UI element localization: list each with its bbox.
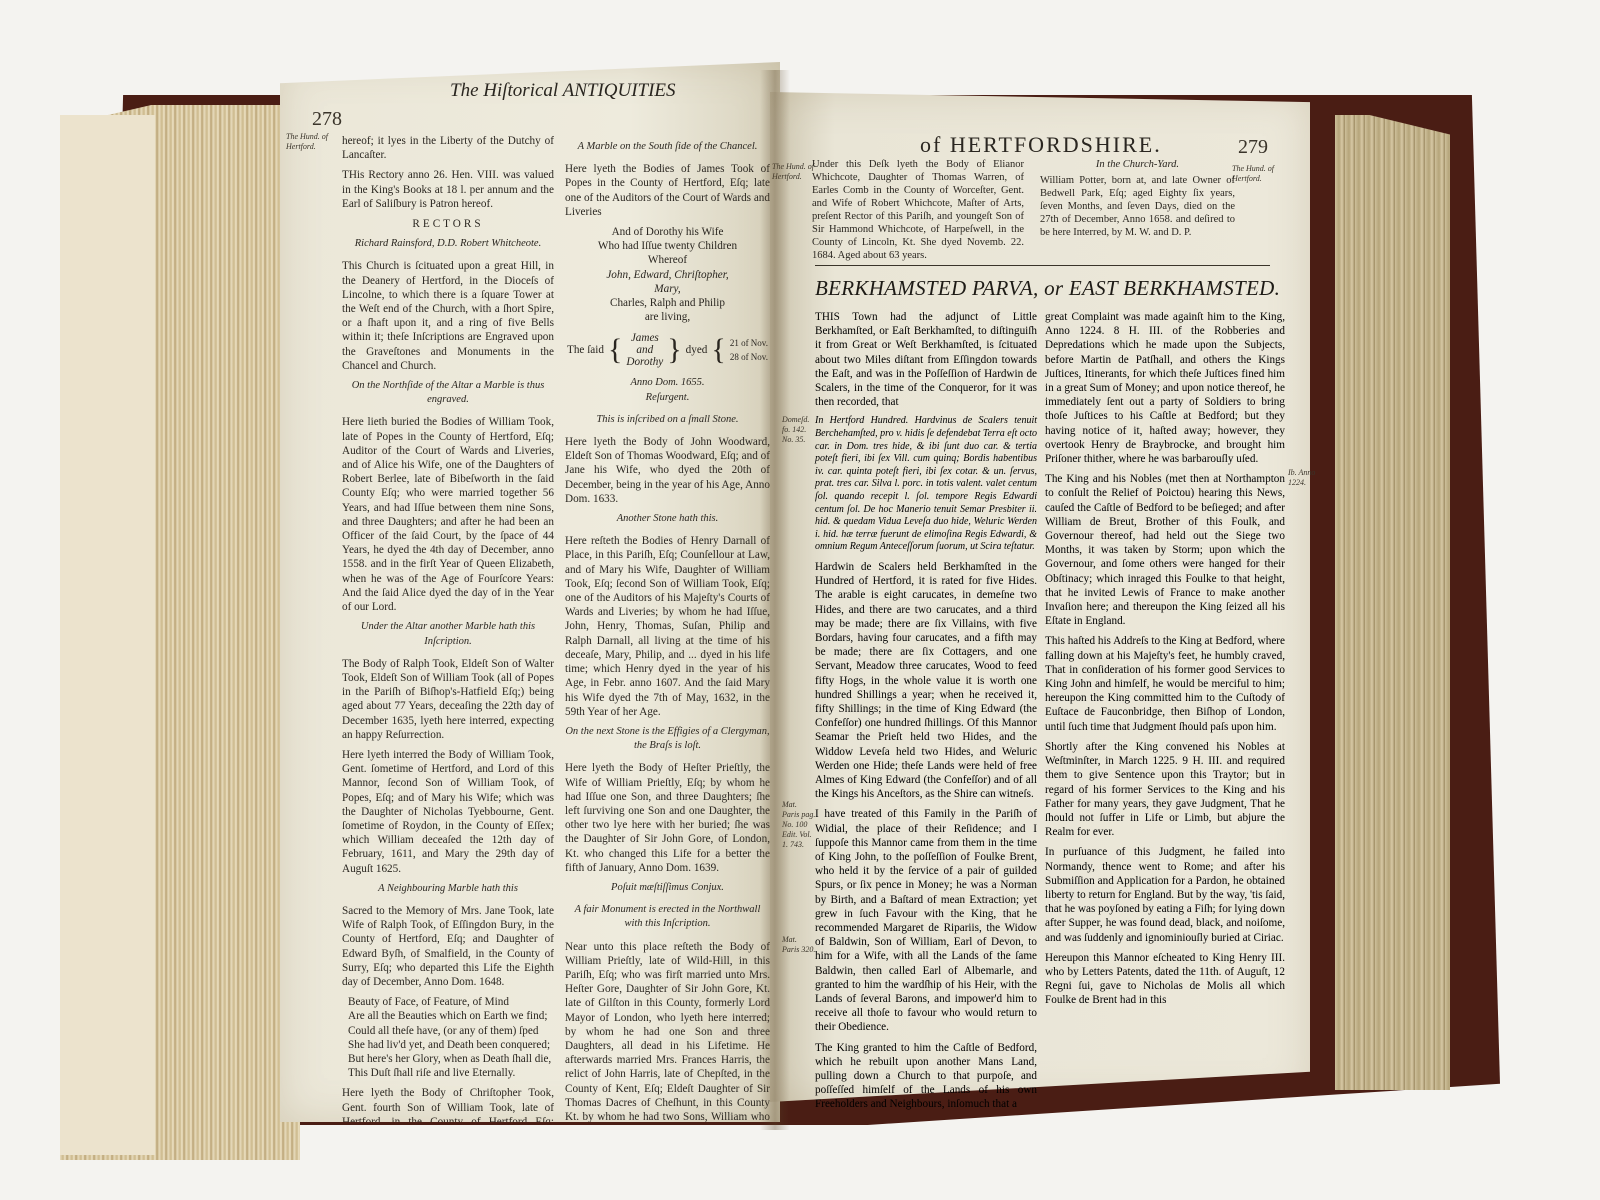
paragraph: This Church is ſcituated upon a great Hi…	[342, 259, 554, 373]
section-title: BERKHAMSTED PARVA, or EAST BERKHAMSTED.	[815, 276, 1295, 301]
left-flyleaf-edge	[60, 115, 155, 1155]
margin-note-hundred-right: The Hund. of Hertford.	[1232, 164, 1280, 184]
paragraph: Sacred to the Memory of Mrs. Jane Took, …	[342, 904, 554, 989]
poem-line: Could all theſe have, (or any of them) ſ…	[348, 1024, 554, 1038]
name: Dorothy	[626, 356, 663, 368]
brace-label: The ſaid	[567, 343, 604, 357]
whichcote-epitaph: Under this Deſk lyeth the Body of Eliano…	[812, 158, 1024, 262]
paragraph: Here lyeth the Body of Heſter Prieſtly, …	[565, 761, 770, 875]
page-number-left: 278	[312, 108, 342, 131]
poem-line: She had liv'd yet, and Death been conque…	[348, 1038, 554, 1052]
margin-note-hundred: The Hund. of Hertford.	[286, 132, 334, 152]
paragraph: Near unto this place reſteth the Body of…	[565, 940, 770, 1153]
paragraph: hereof; it lyes in the Liberty of the Du…	[342, 134, 554, 162]
running-head-left: The Hiſtorical ANTIQUITIES	[450, 80, 676, 102]
paragraph: I have treated of this Family in the Par…	[815, 807, 1037, 1034]
text-line: Whereof	[565, 253, 770, 267]
subheading: Another Stone hath this.	[565, 512, 770, 526]
domesday-latin: In Hertford Hundred. Hardvinus de Scaler…	[815, 415, 1037, 554]
paragraph: The King and his Nobles (met then at Nor…	[1045, 472, 1285, 628]
name: and	[636, 344, 653, 356]
paragraph: great Complaint was made againſt him to …	[1045, 310, 1285, 466]
paragraph: Hereupon this Mannor eſcheated to King H…	[1045, 951, 1285, 1008]
subheading: A Marble on the South ſide of the Chance…	[565, 140, 770, 154]
page-number-right: 279	[1238, 136, 1268, 159]
left-brace-icon: {	[711, 343, 725, 357]
right-page-block-edges	[1335, 115, 1450, 1090]
brace-verb: dyed	[686, 343, 708, 357]
name: James	[631, 332, 659, 344]
poem-line: Are all the Beauties which on Earth we f…	[348, 1009, 554, 1023]
right-brace-icon: }	[667, 343, 681, 357]
dorothy-lines: And of Dorothy his Wife Who had Iſſue tw…	[565, 225, 770, 324]
posuit: Poſuit mæſtiſſimus Conjux.	[565, 881, 770, 895]
anno: Anno Dom. 1655.	[565, 376, 770, 390]
side-note: Ib. Anno 1224.	[1288, 468, 1328, 488]
text-line: Mary,	[565, 282, 770, 296]
rectors-names: Richard Rainsford, D.D. Robert Whitcheot…	[342, 237, 554, 251]
poem-line: Beauty of Face, of Feature, of Mind	[348, 995, 554, 1009]
brace-names: James and Dorothy	[626, 332, 663, 368]
text-line: Who had Iſſue twenty Children	[565, 239, 770, 253]
catchword: Under	[565, 1181, 770, 1195]
text-line: Charles, Ralph and Philip	[565, 296, 770, 310]
paragraph: Here lyeth the Bodies of James Took of P…	[565, 162, 770, 219]
paragraph: THis Rectory anno 26. Hen. VIII. was val…	[342, 168, 554, 211]
paragraph: THIS Town had the adjunct of Little Berk…	[815, 310, 1037, 409]
book-photo: 278 The Hiſtorical ANTIQUITIES The Hund.…	[0, 0, 1600, 1200]
running-head-right: of HERTFORDSHIRE.	[920, 132, 1162, 158]
paragraph: Here lyeth the Body of Chriſtopher Took,…	[342, 1086, 554, 1171]
poem-line: This Duſt ſhall riſe and live Eternally.	[348, 1066, 554, 1080]
subheading: Under the Altar another Marble hath this…	[342, 620, 554, 648]
text-line: are living,	[565, 310, 770, 324]
paragraph: Here lyeth interred the Body of William …	[342, 748, 554, 876]
potter-epitaph: William Potter, born at, and late Owner …	[1040, 174, 1235, 239]
text-line: John, Edward, Chriſtopher,	[565, 268, 770, 282]
obiit: Obiit decimo Martii Anno Salutis, 1664.	[565, 1159, 770, 1173]
paragraph: Here lyeth the Body of John Woodward, El…	[565, 435, 770, 506]
left-page: 278 The Hiſtorical ANTIQUITIES The Hund.…	[280, 62, 780, 1122]
paragraph: Here reſteth the Bodies of Henry Darnall…	[565, 534, 770, 719]
subheading: A Neighbouring Marble hath this	[342, 882, 554, 896]
left-page-column-2: A Marble on the South ſide of the Chance…	[565, 134, 770, 1200]
epitaph-poem: Beauty of Face, of Feature, of Mind Are …	[348, 995, 554, 1080]
paragraph: This haſted his Addreſs to the King at B…	[1045, 634, 1285, 733]
right-page-column-2: great Complaint was made againſt him to …	[1045, 310, 1285, 1014]
right-page-column-1: THIS Town had the adjunct of Little Berk…	[815, 310, 1037, 1118]
paragraph: The Body of Ralph Took, Eldeſt Son of Wa…	[342, 657, 554, 742]
rectors-heading: RECTORS	[342, 217, 554, 231]
left-brace-icon: {	[608, 343, 622, 357]
paragraph: In purſuance of this Judgment, he failed…	[1045, 845, 1285, 944]
paragraph: Here lieth buried the Bodies of William …	[342, 415, 554, 614]
resurgent: Reſurgent.	[565, 391, 770, 405]
churchyard-heading: In the Church-Yard.	[1040, 158, 1235, 172]
paragraph: Shortly after the King convened his Nobl…	[1045, 740, 1285, 839]
left-page-column-1: hereof; it lyes in the Liberty of the Du…	[342, 134, 554, 1178]
subheading: On the next Stone is the Effigies of a C…	[565, 725, 770, 753]
subheading: This is inſcribed on a ſmall Stone.	[565, 413, 770, 427]
paragraph: Hardwin de Scalers held Berkhamſted in t…	[815, 560, 1037, 801]
book-gutter	[760, 70, 790, 1130]
subheading: A fair Monument is erected in the Northw…	[565, 903, 770, 931]
section-rule	[815, 265, 1270, 266]
brace-inscription: The ſaid { James and Dorothy } dyed { 21…	[565, 332, 770, 368]
paragraph: The King granted to him the Caſtle of Be…	[815, 1041, 1037, 1112]
poem-line: But here's her Glory, when as Death ſhal…	[348, 1052, 554, 1066]
text-line: And of Dorothy his Wife	[565, 225, 770, 239]
subheading: On the Northſide of the Altar a Marble i…	[342, 379, 554, 407]
